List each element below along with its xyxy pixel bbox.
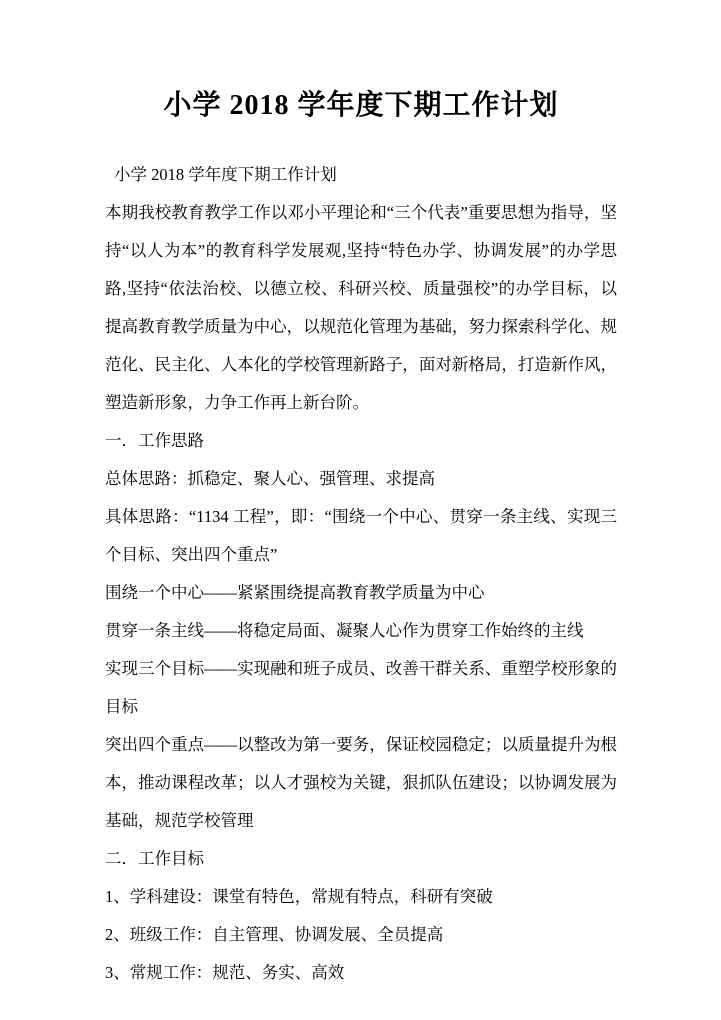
paragraph-one-mainline: 贯穿一条主线——将稳定局面、凝聚人心作为贯穿工作始终的主线 — [105, 612, 617, 650]
section-heading-work-goals: 二．工作目标 — [105, 840, 617, 878]
section-heading-work-approach: 一．工作思路 — [105, 422, 617, 460]
goal-item-subject-construction: 1、学科建设：课堂有特色，常规有特点，科研有突破 — [105, 878, 617, 916]
document-subtitle-line: 小学 2018 学年度下期工作计划 — [105, 156, 617, 194]
paragraph-three-goals: 实现三个目标——实现融和班子成员、改善干群关系、重塑学校形象的目标 — [105, 650, 617, 726]
intro-paragraph: 本期我校教育教学工作以邓小平理论和“三个代表”重要思想为指导，坚持“以人为本”的… — [105, 194, 617, 422]
paragraph-overall-approach: 总体思路：抓稳定、聚人心、强管理、求提高 — [105, 460, 617, 498]
document-content: 小学 2018 学年度下期工作计划 小学 2018 学年度下期工作计划 本期我校… — [0, 0, 721, 992]
goal-item-routine-work: 3、常规工作：规范、务实、高效 — [105, 954, 617, 992]
paragraph-specific-approach: 具体思路：“1134 工程”，即：“围绕一个中心、贯穿一条主线、实现三个目标、突… — [105, 498, 617, 574]
document-page: 小学 2018 学年度下期工作计划 小学 2018 学年度下期工作计划 本期我校… — [0, 0, 721, 1020]
goal-item-class-work: 2、班级工作：自主管理、协调发展、全员提高 — [105, 916, 617, 954]
paragraph-four-priorities: 突出四个重点——以整改为第一要务，保证校园稳定；以质量提升为根本，推动课程改革；… — [105, 726, 617, 840]
paragraph-one-center: 围绕一个中心——紧紧围绕提高教育教学质量为中心 — [105, 574, 617, 612]
document-title: 小学 2018 学年度下期工作计划 — [105, 86, 617, 126]
